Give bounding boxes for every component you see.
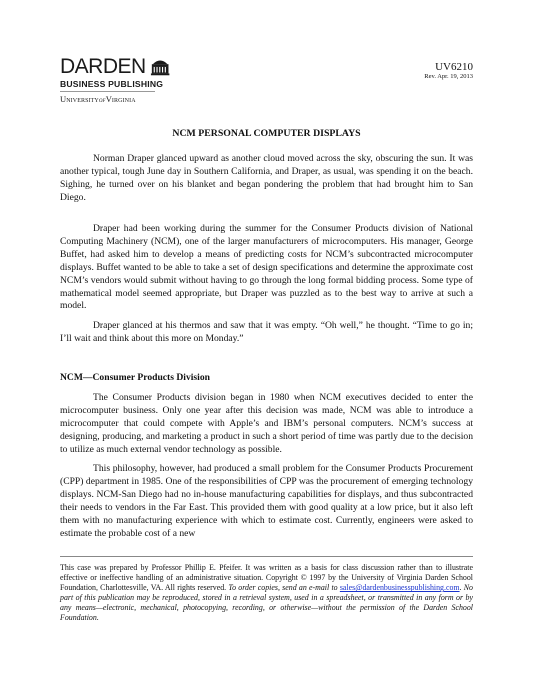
paragraph-text: Draper had been working during the summe… (60, 223, 473, 313)
case-identifier: UV6210 Rev. Apr. 19, 2013 (424, 61, 473, 81)
paragraph-4: The Consumer Products division began in … (60, 392, 473, 457)
rotunda-building-icon (150, 57, 170, 76)
paragraph-text: This philosophy, however, had produced a… (60, 463, 473, 540)
logo-university: UniversityofVirginia (60, 94, 170, 104)
paragraph-1: Norman Draper glanced upward as another … (60, 153, 473, 205)
paragraph-text: Norman Draper glanced upward as another … (60, 153, 473, 205)
logo-university-prefix: University (60, 94, 99, 104)
email-link[interactable]: sales@dardenbusinesspublishing.com (340, 583, 460, 592)
case-number: UV6210 (424, 61, 473, 73)
logo-university-of: of (99, 96, 106, 104)
logo-top-row: DARDEN (60, 56, 170, 76)
logo-university-suffix: Virginia (106, 94, 136, 104)
revision-date: Rev. Apr. 19, 2013 (424, 73, 473, 81)
paragraph-text: Draper glanced at his thermos and saw th… (60, 320, 473, 346)
section-heading: NCM—Consumer Products Division (60, 372, 210, 383)
paragraph-text: The Consumer Products division began in … (60, 392, 473, 457)
footnote-italic-1: To order copies, send an e-mail to (228, 583, 339, 592)
logo-brand: DARDEN (60, 58, 146, 76)
page-title: NCM PERSONAL COMPUTER DISPLAYS (60, 128, 473, 139)
paragraph-3: Draper glanced at his thermos and saw th… (60, 320, 473, 346)
logo-subtitle: BUSINESS PUBLISHING (60, 79, 155, 92)
paragraph-2: Draper had been working during the summe… (60, 223, 473, 313)
footnote: This case was prepared by Professor Phil… (60, 563, 473, 624)
paragraph-5: This philosophy, however, had produced a… (60, 463, 473, 540)
darden-logo: DARDEN BUSINESS PUBLISHING UniversityofV… (60, 56, 170, 104)
footnote-divider (60, 556, 473, 557)
